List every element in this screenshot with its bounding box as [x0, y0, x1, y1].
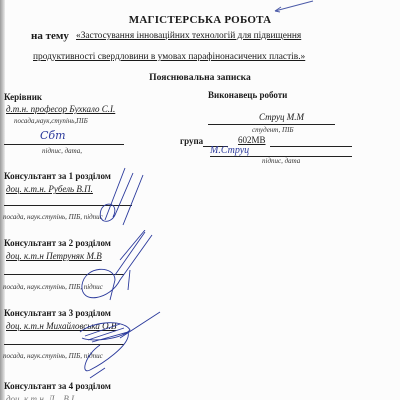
consultant-4-label: Консультант за 4 розділом: [4, 381, 111, 391]
group-line-right: [270, 146, 352, 147]
consultant-4-value: доц. к.т.н. Л... В.І.: [6, 394, 76, 400]
pen-arrow-mark: [255, 0, 315, 14]
scanned-page: МАГІСТЕРСЬКА РОБОТА на тему «Застосуванн…: [0, 0, 400, 400]
supervisor-signature: Сбт: [40, 129, 66, 142]
executor-signature-caption: підпис, дата: [262, 157, 300, 165]
consultant-1-value: доц. к.т.н. Рубель В.П.: [6, 184, 93, 194]
supervisor-label: Керівник: [4, 92, 42, 102]
topic-line-1: «Застосування інноваційних технологій дл…: [76, 31, 301, 41]
supervisor-caption: посада,наук,ступінь,ПІБ: [14, 117, 88, 125]
topic-label: на тему: [31, 30, 69, 42]
document-subtitle: Пояснювальна записка: [0, 72, 400, 83]
executor-label: Виконавець роботи: [208, 90, 287, 100]
executor-signature: М.Струц: [210, 145, 249, 156]
supervisor-value: д.т.н. професор Бухкало С.І.: [6, 104, 115, 114]
group-label: група: [180, 136, 203, 146]
executor-name-line: [208, 124, 335, 125]
group-value: 602МВ: [238, 135, 266, 145]
supervisor-signature-line: [4, 144, 124, 145]
scanner-edge-shadow: [0, 0, 5, 400]
consultant-1-signature-icon: [85, 165, 175, 240]
consultant-3-signature-icon: [60, 310, 170, 380]
executor-name: Струц М.М: [259, 112, 304, 122]
executor-caption: студент, ПІБ: [252, 126, 294, 134]
supervisor-signature-caption: підпис, дата,: [42, 147, 82, 155]
consultant-2-signature-icon: [60, 230, 160, 310]
document-title: МАГІСТЕРСЬКА РОБОТА: [0, 14, 400, 26]
topic-line-2: продуктивності свердловини в умовах пара…: [33, 52, 305, 62]
